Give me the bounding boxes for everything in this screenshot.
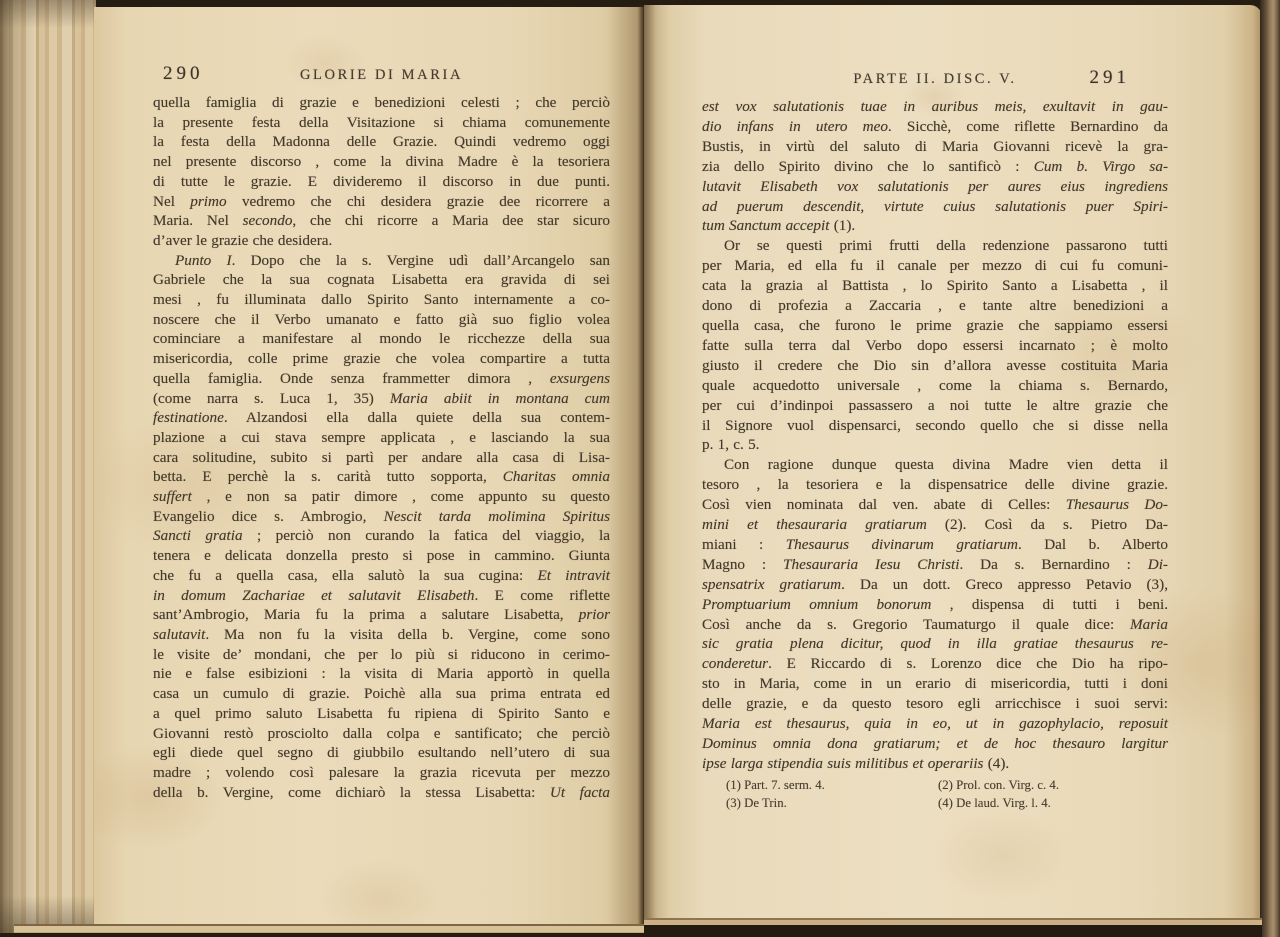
text-line: di tutte le grazie. E divideremo il disc…: [153, 172, 610, 192]
text-line: lutavit Elisabeth vox salutationis per a…: [702, 177, 1168, 197]
text-line: Sancti gratia ; perciò non curando la fa…: [153, 526, 610, 546]
text-line: Bustis, in virtù del saluto di Maria Gio…: [702, 137, 1168, 157]
left-page: 290 GLORIE DI MARIA quella famiglia di g…: [94, 7, 644, 926]
text-line: Evangelio dice s. Ambrogio, Nescit tarda…: [153, 507, 610, 527]
text-line: in domum Zachariae et salutavit Elisabet…: [153, 586, 610, 606]
text-line: dono di profezia a Zaccaria , e tante al…: [702, 296, 1168, 316]
right-text-block: est vox salutationis tuae in auribus mei…: [702, 97, 1168, 774]
text-line: Nel primo vedremo che chi desidera grazi…: [153, 192, 610, 212]
right-page-header: PARTE II. DISC. V. 291: [702, 67, 1168, 91]
text-line: madre ; volendo così palesare la grazia …: [153, 763, 610, 783]
text-line: per cui d’indinpoi passassero a noi tutt…: [702, 396, 1168, 416]
left-text-block: quella famiglia di grazie e benedizioni …: [153, 93, 610, 802]
text-line: egli diede quel segno di giubbilo esulta…: [153, 743, 610, 763]
text-line: che fu a quella casa, ella salutò la sua…: [153, 566, 610, 586]
text-line: mini et thesauraria gratiarum (2). Così …: [702, 515, 1168, 535]
footnote: (1) Part. 7. serm. 4.: [726, 777, 938, 795]
text-line: Promptuarium omnium bonorum , dispensa d…: [702, 595, 1168, 615]
deckled-page-edges-left: [0, 0, 96, 933]
text-line: ipse larga stipendia suis militibus et o…: [702, 754, 1168, 774]
text-line: zia dello Spirito divino che lo santific…: [702, 157, 1168, 177]
text-line: (come narra s. Luca 1, 35) Maria abiit i…: [153, 389, 610, 409]
footnotes: (1) Part. 7. serm. 4.(3) De Trin. (2) Pr…: [702, 777, 1174, 812]
text-line: mesi , fu illuminata dallo Spirito Santo…: [153, 290, 610, 310]
text-line: Con ragione dunque questa divina Madre v…: [702, 455, 1168, 475]
text-line: betta. E perchè la s. carità tutto soppo…: [153, 467, 610, 487]
text-line: p. 1, c. 5.: [702, 435, 1168, 455]
text-line: noscere che il Verbo umanato e fatto già…: [153, 310, 610, 330]
text-line: Così anche da s. Gregorio Taumaturgo il …: [702, 615, 1168, 635]
text-line: sto in Maria, come in un erario di miser…: [702, 674, 1168, 694]
text-line: salutavit. Ma non fu la visita della b. …: [153, 625, 610, 645]
text-line: il Signore vuol dispensarci, secondo que…: [702, 416, 1168, 436]
text-line: Magno : Thesauraria Iesu Christi. Da s. …: [702, 555, 1168, 575]
text-line: ad puerum descendit, virtute cuius salut…: [702, 197, 1168, 217]
text-line: quella casa, che furono le prime grazie …: [702, 316, 1168, 336]
left-page-header: 290 GLORIE DI MARIA: [153, 63, 610, 87]
text-line: nie e false esibizioni : la visita di Ma…: [153, 664, 610, 684]
text-line: Or se questi primi frutti della redenzio…: [702, 236, 1168, 256]
text-line: sic gratia plena dicitur, quod in illa g…: [702, 634, 1168, 654]
paragraph: quella famiglia di grazie e benedizioni …: [153, 93, 610, 251]
text-line: d’aver le grazie che desidera.: [153, 231, 610, 251]
text-line: sant’Ambrogio, Maria fu la prima a salut…: [153, 605, 610, 625]
text-line: Così vien nominata dal ven. abate di Cel…: [702, 495, 1168, 515]
footnote: (3) De Trin.: [726, 795, 938, 813]
text-line: Maria est thesaurus, quia in eo, ut in g…: [702, 714, 1168, 734]
paragraph: Or se questi primi frutti della redenzio…: [702, 236, 1168, 455]
text-line: conderetur. E Riccardo di s. Lorenzo dic…: [702, 654, 1168, 674]
footnote-column-1: (1) Part. 7. serm. 4.(3) De Trin.: [702, 777, 938, 812]
text-line: a quel primo saluto Lisabetta fu ripiena…: [153, 704, 610, 724]
right-page: PARTE II. DISC. V. 291 est vox salutatio…: [644, 5, 1262, 920]
text-line: cara solitudine, subito si partì per and…: [153, 448, 610, 468]
text-line: quella famiglia. Onde senza frammetter d…: [153, 369, 610, 389]
text-line: plazione a cui stava sempre applicata , …: [153, 428, 610, 448]
text-line: tenera e delicata donzella presto si pos…: [153, 546, 610, 566]
text-line: Giovanni restò prosciolto dalla colpa e …: [153, 724, 610, 744]
text-line: misericordia, colle prime grazie che vol…: [153, 349, 610, 369]
text-line: nel presente discorso , come la divina M…: [153, 152, 610, 172]
text-line: cominciare a manifestare al mondo le ric…: [153, 329, 610, 349]
text-line: fatte sulla terra dal Verbo dopo essersi…: [702, 336, 1168, 356]
text-line: Gabriele che la sua cognata Lisabetta er…: [153, 270, 610, 290]
text-line: spensatrix gratiarum. Da un dott. Greco …: [702, 575, 1168, 595]
text-line: per Maria, ed ella fu il canale per mezz…: [702, 256, 1168, 276]
text-line: della b. Vergine, come dichiarò la stess…: [153, 783, 610, 803]
text-line: casa un cumulo di grazie. Poichè alla su…: [153, 684, 610, 704]
text-line: dio infans in utero meo. Sicchè, come ri…: [702, 117, 1168, 137]
text-line: cata la grazia al Battista , lo Spirito …: [702, 276, 1168, 296]
footnote: (2) Prol. con. Virg. c. 4.: [938, 777, 1174, 795]
text-line: quella famiglia di grazie e benedizioni …: [153, 93, 610, 113]
paragraph: Punto I. Dopo che la s. Vergine udì dall…: [153, 251, 610, 803]
left-running-title: GLORIE DI MARIA: [153, 67, 610, 84]
text-line: le visite de’ mondani, che per lo più si…: [153, 645, 610, 665]
footnote-column-2: (2) Prol. con. Virg. c. 4.(4) De laud. V…: [938, 777, 1174, 812]
page-edges-bottom-left: [14, 924, 644, 937]
text-line: giusto il credere che Dio sin d’allora a…: [702, 356, 1168, 376]
footnote: (4) De laud. Virg. l. 4.: [938, 795, 1174, 813]
page-edges-right: [1260, 0, 1280, 937]
text-line: Maria. Nel secondo, che chi ricorre a Ma…: [153, 211, 610, 231]
right-page-number: 291: [1090, 67, 1131, 89]
paragraph: Con ragione dunque questa divina Madre v…: [702, 455, 1168, 774]
text-line: tum Sanctum accepit (1).: [702, 216, 1168, 236]
text-line: la festa della Madonna delle Grazie. Qui…: [153, 132, 610, 152]
text-line: miani : Thesaurus divinarum gratiarum. D…: [702, 535, 1168, 555]
text-line: quale acquedotto universale , come la ch…: [702, 376, 1168, 396]
page-edges-bottom-right: [644, 918, 1262, 937]
text-line: Punto I. Dopo che la s. Vergine udì dall…: [153, 251, 610, 271]
text-line: delle grazie, e da questo tesoro egli ar…: [702, 694, 1168, 714]
text-line: tesoro , la tesoriera e la dispensatrice…: [702, 475, 1168, 495]
text-line: suffert , e non sa patir dimore , come a…: [153, 487, 610, 507]
paragraph: est vox salutationis tuae in auribus mei…: [702, 97, 1168, 236]
open-book-scan: 290 GLORIE DI MARIA quella famiglia di g…: [0, 0, 1280, 937]
text-line: est vox salutationis tuae in auribus mei…: [702, 97, 1168, 117]
text-line: festinatione. Alzandosi ella dalla quiet…: [153, 408, 610, 428]
text-line: Dominus omnia dona gratiarum; et de hoc …: [702, 734, 1168, 754]
text-line: la presente festa della Visitazione si c…: [153, 113, 610, 133]
